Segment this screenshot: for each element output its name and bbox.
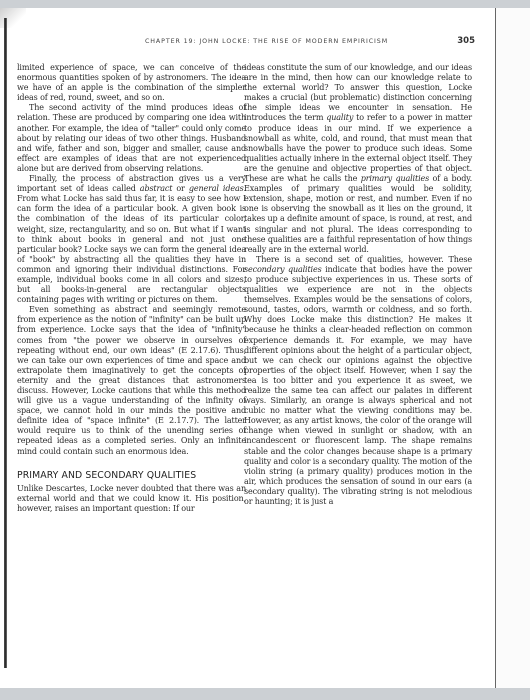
chapter-title: CHAPTER 19: JOHN LOCKE: THE RISE OF MODE…: [145, 38, 388, 45]
running-header: CHAPTER 19: JOHN LOCKE: THE RISE OF MODE…: [145, 36, 475, 46]
page-edge-line: [495, 8, 496, 688]
paragraph: There is a second set of qualities, howe…: [244, 255, 472, 507]
text-run: of a body. Examples of primary qualities…: [244, 174, 472, 254]
text-run: From what Locke has said thus far, it is…: [17, 194, 246, 304]
paragraph: Finally, the process of abstraction give…: [17, 174, 246, 305]
paragraph: The second activity of the mind produces…: [17, 103, 246, 174]
paragraph: limited experience of space, we can conc…: [17, 63, 246, 103]
viewer-bottom-bar: [0, 688, 530, 700]
page-number: 305: [457, 36, 475, 46]
section-heading: PRIMARY AND SECONDARY QUALITIES: [17, 471, 246, 481]
facing-page-margin: [496, 8, 530, 688]
right-column: ideas constitute the sum of our knowledg…: [244, 63, 472, 507]
viewer-top-bar: [0, 0, 530, 8]
text-run: There is a second set of qualities, howe…: [256, 255, 472, 264]
paragraph: ideas constitute the sum of our knowledg…: [244, 63, 472, 255]
italic-term: abstract: [140, 184, 173, 193]
text-run: or: [172, 184, 189, 193]
left-column: limited experience of space, we can conc…: [17, 63, 246, 514]
text-run: indicate that bodies have the power to p…: [244, 265, 472, 506]
italic-term: secondary qualities: [244, 265, 322, 274]
italic-term: quality: [326, 113, 353, 122]
paragraph: Even something as abstract and seemingly…: [17, 305, 246, 456]
paragraph: Unlike Descartes, Locke never doubted th…: [17, 484, 246, 514]
italic-term: general ideas.: [189, 184, 246, 193]
italic-term: primary qualities: [361, 174, 429, 183]
text-run: to refer to a power in matter to produce…: [244, 113, 472, 183]
page-binding-edge: [4, 18, 7, 668]
